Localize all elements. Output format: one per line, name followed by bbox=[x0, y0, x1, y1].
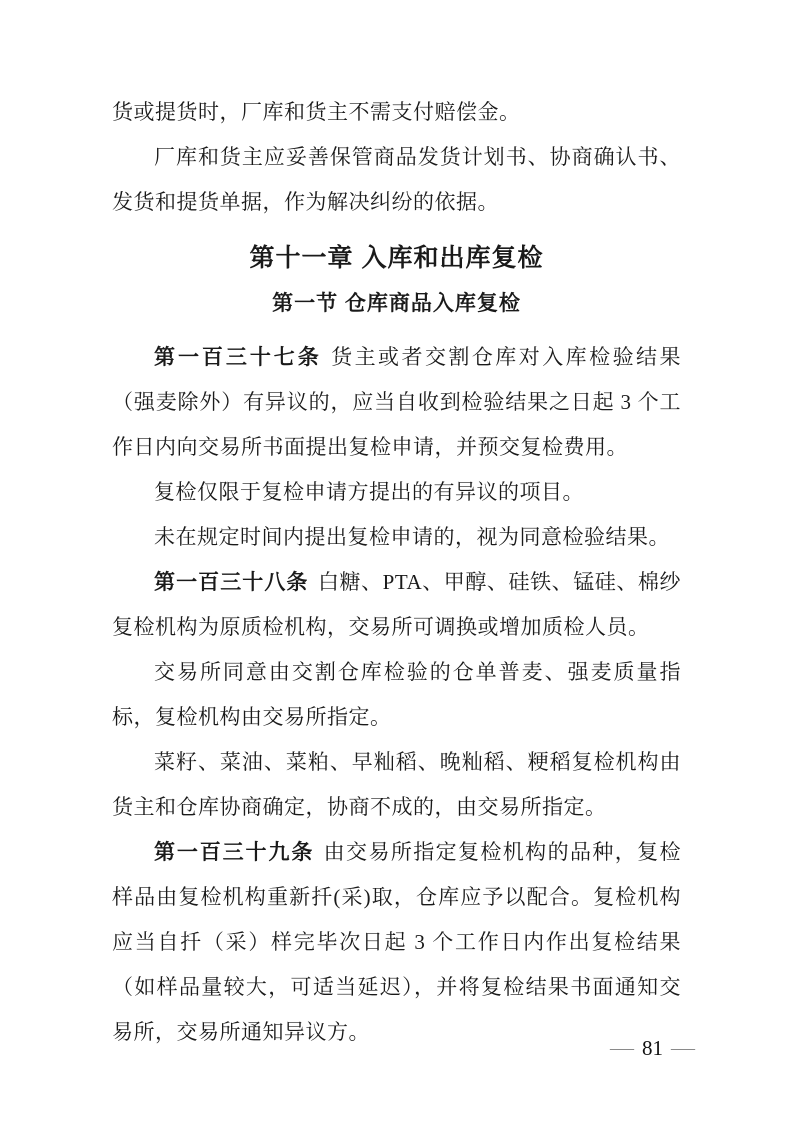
paragraph-continuation: 货或提货时，厂库和货主不需支付赔偿金。 bbox=[112, 90, 681, 135]
article-number: 第一百三十七条 bbox=[154, 346, 322, 369]
article-paragraph-138: 第一百三十八条白糖、PTA、甲醇、硅铁、锰硅、棉纱复检机构为原质检机构，交易所可… bbox=[112, 560, 681, 650]
paragraph: 厂库和货主应妥善保管商品发货计划书、协商确认书、发货和提货单据，作为解决纠纷的依… bbox=[112, 135, 681, 225]
footer-dash-right: — bbox=[671, 1036, 695, 1060]
document-body: 货或提货时，厂库和货主不需支付赔偿金。 厂库和货主应妥善保管商品发货计划书、协商… bbox=[0, 0, 793, 1055]
article-number: 第一百三十八条 bbox=[154, 571, 309, 594]
article-paragraph-137: 第一百三十七条货主或者交割仓库对入库检验结果（强麦除外）有异议的，应当自收到检验… bbox=[112, 335, 681, 470]
article-text: 由交易所指定复检机构的品种，复检样品由复检机构重新扦(采)取，仓库应予以配合。复… bbox=[112, 840, 681, 1044]
paragraph: 未在规定时间内提出复检申请的，视为同意检验结果。 bbox=[112, 515, 681, 560]
document-page: 货或提货时，厂库和货主不需支付赔偿金。 厂库和货主应妥善保管商品发货计划书、协商… bbox=[0, 0, 793, 1122]
paragraph: 菜籽、菜油、菜粕、早籼稻、晚籼稻、粳稻复检机构由货主和仓库协商确定，协商不成的，… bbox=[112, 740, 681, 830]
page-number: 81 bbox=[642, 1036, 663, 1060]
paragraph: 交易所同意由交割仓库检验的仓单普麦、强麦质量指标，复检机构由交易所指定。 bbox=[112, 650, 681, 740]
section-heading: 第一节 仓库商品入库复检 bbox=[112, 289, 681, 319]
article-paragraph-139: 第一百三十九条由交易所指定复检机构的品种，复检样品由复检机构重新扦(采)取，仓库… bbox=[112, 830, 681, 1055]
page-footer: — 81 — bbox=[612, 1036, 693, 1060]
paragraph: 复检仅限于复检申请方提出的有异议的项目。 bbox=[112, 470, 681, 515]
article-number: 第一百三十九条 bbox=[154, 841, 314, 864]
chapter-heading: 第十一章 入库和出库复检 bbox=[112, 241, 681, 275]
footer-dash-left: — bbox=[610, 1036, 634, 1060]
